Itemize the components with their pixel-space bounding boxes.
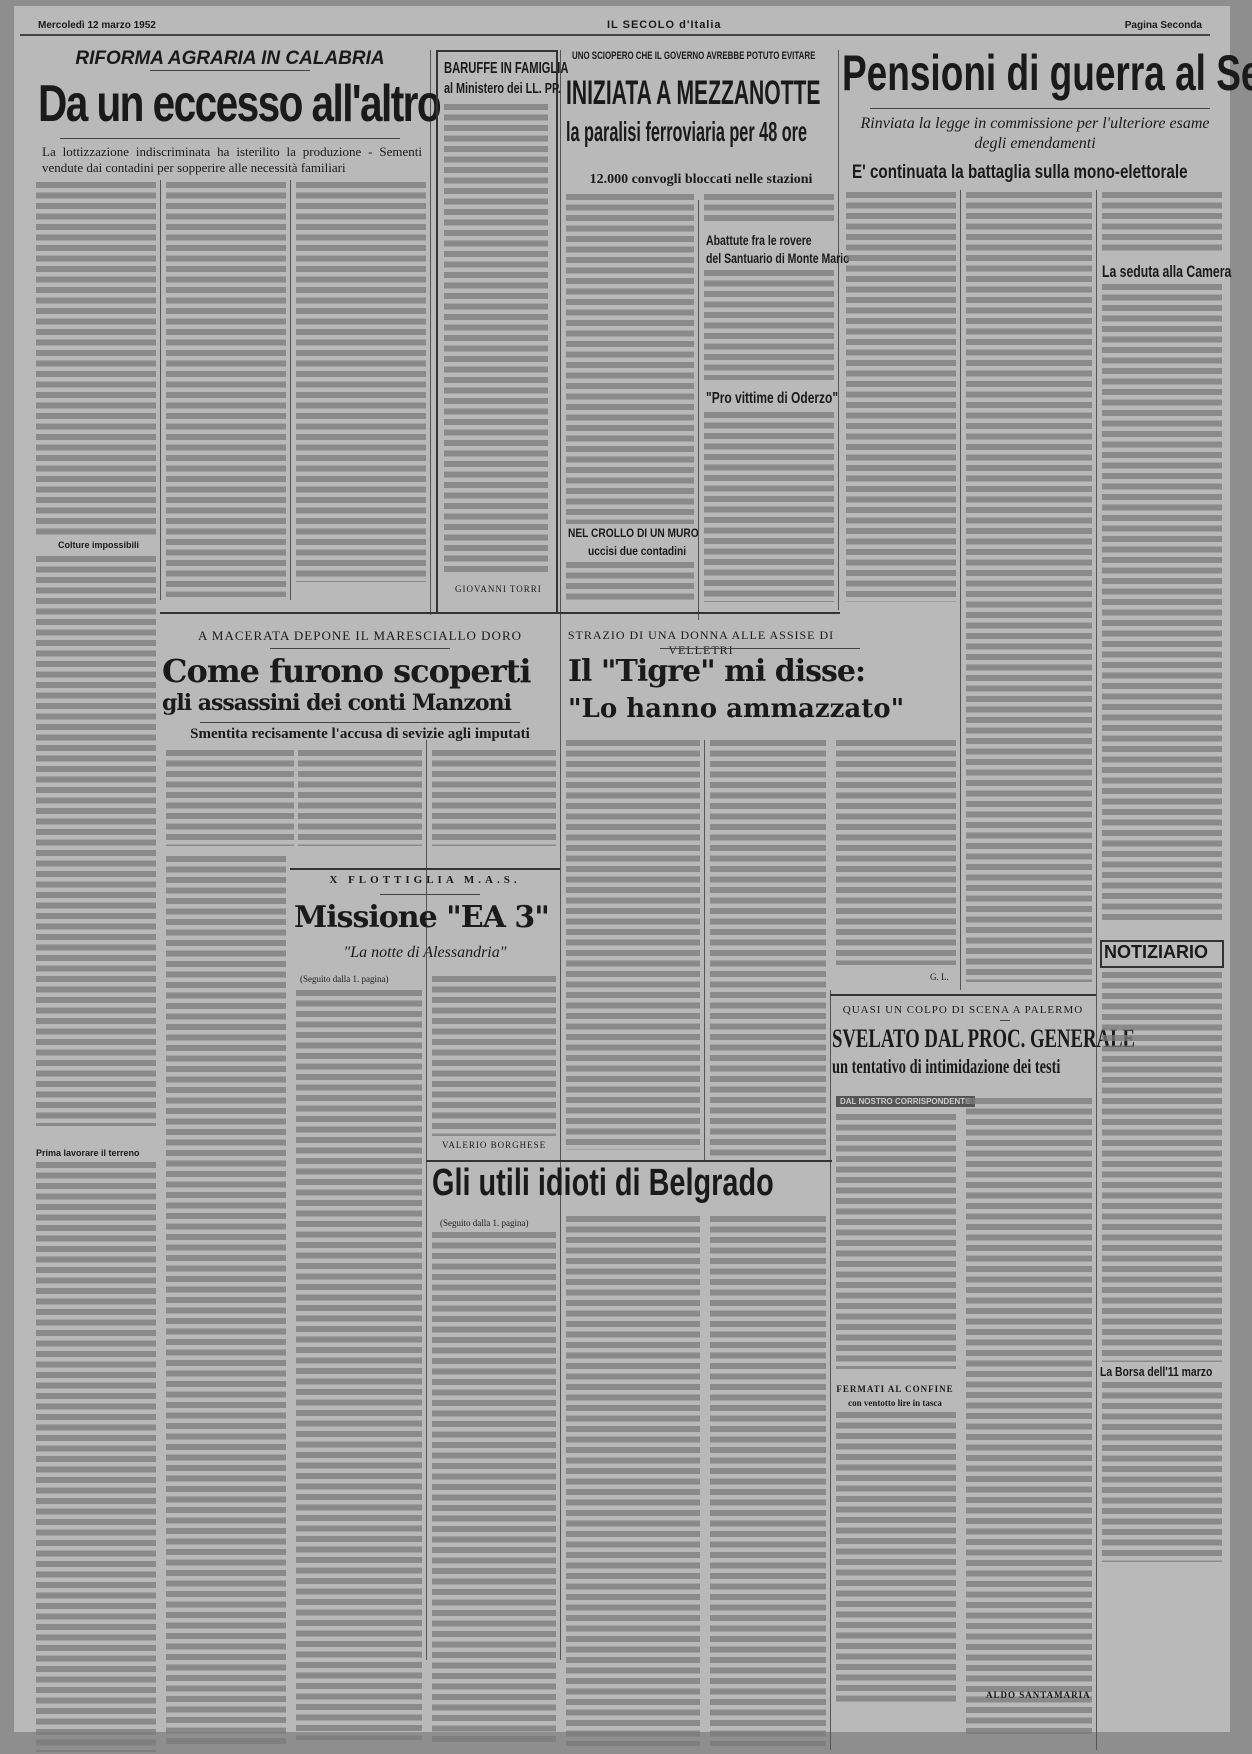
palermo-body-col2 bbox=[966, 1098, 1092, 1738]
belgrado-body-col2 bbox=[566, 1216, 700, 1746]
mas-kicker: X FLOTTIGLIA M.A.S. bbox=[290, 874, 560, 886]
velletri-headline-1: Il "Tigre" mi disse: bbox=[568, 654, 865, 689]
belgrado-body-col3 bbox=[710, 1216, 826, 1746]
borsa-headline: La Borsa dell'11 marzo bbox=[1100, 1364, 1212, 1379]
velletri-headline-2: "Lo hanno ammazzato" bbox=[568, 694, 904, 724]
column-rule bbox=[290, 180, 291, 600]
riforma-body-col1c bbox=[36, 1162, 156, 1752]
rule bbox=[660, 648, 860, 649]
macerata-deck: Smentita recisamente l'accusa di sevizie… bbox=[160, 726, 560, 743]
muro-headline-2: uccisi due contadini bbox=[588, 544, 686, 558]
velletri-signature: G. L. bbox=[930, 972, 949, 982]
belgrado-headline: Gli utili idioti di Belgrado bbox=[432, 1162, 774, 1205]
riforma-kicker: RIFORMA AGRARIA IN CALABRIA bbox=[40, 48, 420, 70]
oderzo-headline: "Pro vittime di Oderzo" bbox=[706, 390, 838, 408]
column-rule bbox=[560, 50, 561, 1660]
macerata-kicker: A MACERATA DEPONE IL MARESCIALLO DORO bbox=[160, 628, 560, 644]
confine-headline-1: FERMATI AL CONFINE bbox=[832, 1384, 958, 1394]
column-rule bbox=[960, 190, 961, 990]
macerata-body-col3 bbox=[432, 750, 556, 846]
sciopero-body-col2 bbox=[704, 194, 834, 224]
sciopero-kicker: UNO SCIOPERO CHE IL GOVERNO AVREBBE POTU… bbox=[572, 50, 815, 62]
rule bbox=[290, 868, 560, 870]
final-byline: ALDO SANTAMARIA bbox=[986, 1690, 1091, 1700]
mas-headline: Missione "EA 3" bbox=[294, 900, 549, 935]
riforma-body-col1b bbox=[36, 556, 156, 1126]
monte-mario-body bbox=[704, 270, 834, 380]
mas-body-col0 bbox=[166, 856, 286, 1746]
column-rule bbox=[838, 50, 839, 610]
notiziario-body bbox=[1102, 972, 1222, 1362]
macerata-body-col2 bbox=[298, 750, 422, 846]
sciopero-deck: 12.000 convogli bloccati nelle stazioni bbox=[566, 172, 836, 188]
mas-byline: VALERIO BORGHESE bbox=[442, 1140, 546, 1150]
pensioni-subhead: E' continuata la battaglia sulla mono-el… bbox=[852, 162, 1188, 184]
masthead-date: Mercoledì 12 marzo 1952 bbox=[38, 20, 156, 31]
velletri-body-col3 bbox=[836, 740, 956, 965]
pensioni-headline: Pensioni di guerra al Senato bbox=[842, 44, 1252, 102]
sciopero-body-col1 bbox=[566, 194, 694, 524]
mas-deck: "La notte di Alessandria" bbox=[290, 944, 560, 962]
rule bbox=[60, 138, 400, 139]
masthead: Mercoledì 12 marzo 1952 IL SECOLO d'Ital… bbox=[20, 18, 1210, 36]
pensioni-deck: Rinviata la legge in commissione per l'u… bbox=[850, 114, 1220, 154]
notiziario-title: NOTIZIARIO bbox=[1104, 942, 1208, 963]
velletri-body-col2 bbox=[710, 740, 826, 1160]
rule bbox=[830, 994, 1096, 996]
confine-headline-2: con ventotto lire in tasca bbox=[832, 1398, 958, 1408]
riforma-body-col3 bbox=[296, 182, 426, 582]
riforma-subhead-2: Prima lavorare il terreno bbox=[36, 1148, 140, 1158]
rule bbox=[150, 70, 310, 71]
palermo-headline-1: SVELATO DAL PROC. GENERALE bbox=[832, 1024, 1135, 1054]
rule bbox=[160, 612, 840, 614]
riforma-deck: La lottizzazione indiscriminata ha ister… bbox=[42, 144, 422, 176]
riforma-body-col2 bbox=[166, 182, 286, 597]
riforma-headline: Da un eccesso all'altro bbox=[38, 74, 440, 134]
camera-headline: La seduta alla Camera bbox=[1102, 262, 1231, 282]
muro-body bbox=[566, 562, 694, 602]
muro-headline-1: NEL CROLLO DI UN MURO bbox=[568, 526, 699, 540]
monte-mario-headline-2: del Santuario di Monte Mario bbox=[706, 250, 850, 266]
palermo-kicker: QUASI UN COLPO DI SCENA A PALERMO bbox=[830, 1004, 1096, 1016]
column-rule bbox=[830, 990, 831, 1750]
rule bbox=[1000, 1020, 1010, 1021]
column-rule bbox=[430, 50, 431, 615]
column-rule bbox=[704, 740, 705, 1160]
column-rule bbox=[160, 180, 161, 600]
masthead-paper-name: IL SECOLO d'Italia bbox=[607, 19, 722, 31]
baruffe-byline: GIOVANNI TORRI bbox=[455, 584, 542, 594]
masthead-page-label: Pagina Seconda bbox=[1125, 20, 1202, 31]
borsa-body bbox=[1102, 1382, 1222, 1562]
rule bbox=[380, 894, 480, 895]
palermo-headline-2: un tentativo di intimidazione dei testi bbox=[832, 1056, 1060, 1079]
rule bbox=[200, 722, 520, 723]
macerata-body-col1 bbox=[166, 750, 294, 846]
confine-body bbox=[836, 1412, 956, 1702]
belgrado-body-col1 bbox=[432, 1232, 556, 1742]
sciopero-headline-2: la paralisi ferroviaria per 48 ore bbox=[566, 116, 807, 148]
oderzo-body bbox=[704, 412, 834, 602]
macerata-headline-2: gli assassini dei conti Manzoni bbox=[162, 690, 511, 716]
pensioni-body-col3 bbox=[1102, 192, 1222, 252]
mas-body-col2 bbox=[432, 976, 556, 1136]
sciopero-headline-1: INIZIATA A MEZZANOTTE bbox=[566, 74, 820, 113]
rule bbox=[270, 648, 450, 649]
riforma-subhead-1: Colture impossibili bbox=[58, 540, 139, 550]
rule bbox=[870, 108, 1210, 109]
column-rule bbox=[698, 200, 699, 620]
mas-continued: (Seguito dalla 1. pagina) bbox=[300, 974, 388, 984]
baruffe-headline-1: BARUFFE IN FAMIGLIA bbox=[444, 60, 568, 78]
palermo-body-col1 bbox=[836, 1114, 956, 1369]
baruffe-headline-2: al Ministero dei LL. PP. bbox=[444, 80, 561, 97]
camera-body bbox=[1102, 284, 1222, 924]
baruffe-body bbox=[444, 104, 548, 574]
monte-mario-headline-1: Abattute fra le rovere bbox=[706, 232, 812, 248]
palermo-band: DAL NOSTRO CORRISPONDENTE bbox=[836, 1096, 975, 1107]
mas-body-col1 bbox=[296, 990, 422, 1740]
column-rule bbox=[1096, 190, 1097, 1750]
macerata-headline-1: Come furono scoperti bbox=[162, 652, 531, 690]
riforma-body-col1 bbox=[36, 182, 156, 537]
pensioni-body-col2 bbox=[966, 192, 1092, 982]
pensioni-body-col1 bbox=[846, 192, 956, 602]
velletri-body-col1 bbox=[566, 740, 700, 1150]
belgrado-continued: (Seguito dalla 1. pagina) bbox=[440, 1218, 528, 1228]
